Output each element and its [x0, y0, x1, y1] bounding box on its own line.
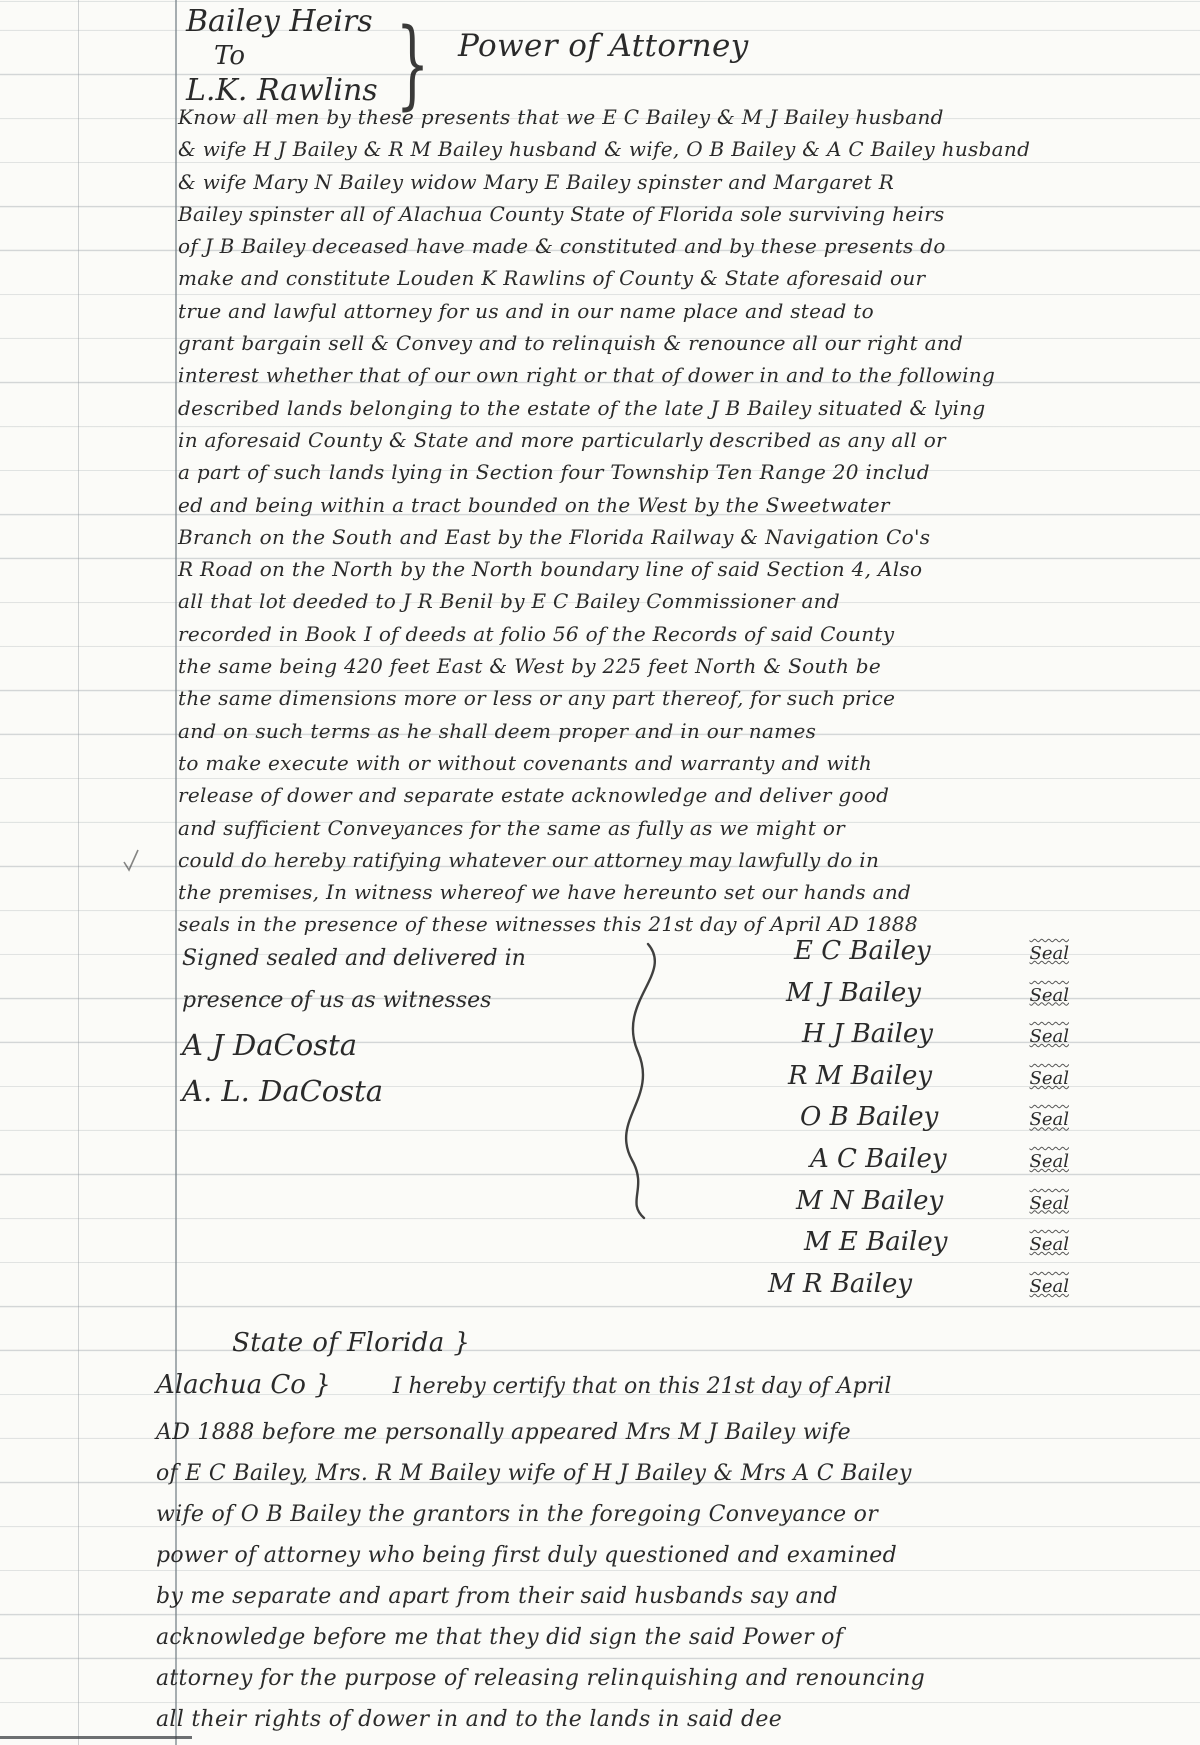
- caption-party-top: Bailey Heirs: [186, 4, 378, 39]
- signer-name: M R Bailey: [768, 1269, 912, 1299]
- text-line: AD 1888 before me personally appeared Mr…: [156, 1412, 1081, 1453]
- text-line: a part of such lands lying in Section fo…: [178, 456, 1078, 488]
- signer-name: M J Bailey: [786, 978, 921, 1008]
- seal-mark: Seal: [1026, 943, 1073, 964]
- stray-pen-mark-icon: [120, 848, 142, 874]
- text-line: attorney for the purpose of releasing re…: [156, 1658, 1081, 1699]
- text-line: and on such terms as he shall deem prope…: [178, 715, 1078, 747]
- text-line: of E C Bailey, Mrs. R M Bailey wife of H…: [156, 1453, 1081, 1494]
- text-line: release of dower and separate estate ack…: [178, 779, 1078, 811]
- notary-venue-county: Alachua Co }: [156, 1370, 331, 1400]
- text-line: grant bargain sell & Convey and to relin…: [178, 327, 1078, 359]
- text-line: all their rights of dower in and to the …: [156, 1699, 1081, 1740]
- signature-row: M N Bailey Seal: [768, 1186, 1073, 1228]
- text-line: the premises, In witness whereof we have…: [178, 876, 1078, 908]
- seal-mark: Seal: [1026, 1068, 1073, 1089]
- text-line: Branch on the South and East by the Flor…: [178, 521, 1078, 553]
- signature-row: R M Bailey Seal: [768, 1061, 1073, 1103]
- text-line: to make execute with or without covenant…: [178, 747, 1078, 779]
- text-line: all that lot deeded to J R Benil by E C …: [178, 585, 1078, 617]
- signature-row: M E Bailey Seal: [768, 1227, 1073, 1269]
- text-line: Bailey spinster all of Alachua County St…: [178, 198, 1078, 230]
- signature-row: M R Bailey Seal: [768, 1269, 1073, 1311]
- text-line: by me separate and apart from their said…: [156, 1576, 1081, 1617]
- left-margin-rule: [78, 0, 79, 1745]
- signature-row: O B Bailey Seal: [768, 1102, 1073, 1144]
- signer-name: M N Bailey: [796, 1186, 943, 1216]
- signer-name: M E Bailey: [804, 1227, 947, 1257]
- text-line: R Road on the North by the North boundar…: [178, 553, 1078, 585]
- attestation-line: presence of us as witnesses: [182, 980, 526, 1022]
- seal-mark: Seal: [1026, 985, 1073, 1006]
- seal-mark: Seal: [1026, 1151, 1073, 1172]
- signature-row: E C Bailey Seal: [768, 936, 1073, 978]
- notary-venue-row: Alachua Co }I hereby certify that on thi…: [156, 1370, 891, 1400]
- document-title: Power of Attorney: [458, 28, 749, 64]
- text-line: could do hereby ratifying whatever our a…: [178, 844, 1078, 876]
- signer-name: A C Bailey: [810, 1144, 947, 1174]
- text-line: & wife Mary N Bailey widow Mary E Bailey…: [178, 166, 1078, 198]
- witness-signature: A. L. DaCosta: [182, 1068, 526, 1114]
- text-line: in aforesaid County & State and more par…: [178, 424, 1078, 456]
- text-line: power of attorney who being first duly q…: [156, 1535, 1081, 1576]
- seal-mark: Seal: [1026, 1109, 1073, 1130]
- scanned-deed-page: Bailey Heirs To L.K. Rawlins } Power of …: [0, 0, 1200, 1745]
- witness-signature: A J DaCosta: [182, 1022, 526, 1068]
- text-line: true and lawful attorney for us and in o…: [178, 295, 1078, 327]
- notary-certification-first-line: I hereby certify that on this 21st day o…: [393, 1374, 892, 1399]
- text-line: ed and being within a tract bounded on t…: [178, 489, 1078, 521]
- case-caption: Bailey Heirs To L.K. Rawlins: [186, 4, 378, 108]
- attestation-line: Signed sealed and delivered in: [182, 938, 526, 980]
- signer-name: E C Bailey: [794, 936, 931, 966]
- signer-name: R M Bailey: [788, 1061, 932, 1091]
- text-line: and sufficient Conveyances for the same …: [178, 812, 1078, 844]
- text-line: described lands belonging to the estate …: [178, 392, 1078, 424]
- text-line: of J B Bailey deceased have made & const…: [178, 230, 1078, 262]
- text-line: acknowledge before me that they did sign…: [156, 1617, 1081, 1658]
- text-line: wife of O B Bailey the grantors in the f…: [156, 1494, 1081, 1535]
- scan-edge-artifact: [0, 1736, 192, 1739]
- seal-mark: Seal: [1026, 1234, 1073, 1255]
- seal-mark: Seal: [1026, 1026, 1073, 1047]
- seal-mark: Seal: [1026, 1276, 1073, 1297]
- signature-block: E C Bailey Seal M J Bailey Seal H J Bail…: [768, 936, 1073, 1310]
- attestation-block: Signed sealed and delivered in presence …: [182, 938, 526, 1114]
- notary-certification-text: AD 1888 before me personally appeared Mr…: [156, 1412, 1081, 1740]
- text-line: the same dimensions more or less or any …: [178, 682, 1078, 714]
- signature-row: H J Bailey Seal: [768, 1019, 1073, 1061]
- text-line: the same being 420 feet East & West by 2…: [178, 650, 1078, 682]
- text-line: Know all men by these presents that we E…: [178, 101, 1078, 133]
- notary-venue-state: State of Florida }: [232, 1328, 470, 1358]
- signature-brace: [586, 940, 696, 1225]
- caption-connector: To: [214, 41, 378, 71]
- text-line: recorded in Book I of deeds at folio 56 …: [178, 618, 1078, 650]
- signature-row: A C Bailey Seal: [768, 1144, 1073, 1186]
- text-line: & wife H J Bailey & R M Bailey husband &…: [178, 133, 1078, 165]
- seal-mark: Seal: [1026, 1193, 1073, 1214]
- signature-row: M J Bailey Seal: [768, 978, 1073, 1020]
- text-line: interest whether that of our own right o…: [178, 359, 1078, 391]
- signer-name: H J Bailey: [802, 1019, 933, 1049]
- deed-body-text: Know all men by these presents that we E…: [178, 101, 1078, 941]
- text-line: make and constitute Louden K Rawlins of …: [178, 262, 1078, 294]
- signer-name: O B Bailey: [800, 1102, 938, 1132]
